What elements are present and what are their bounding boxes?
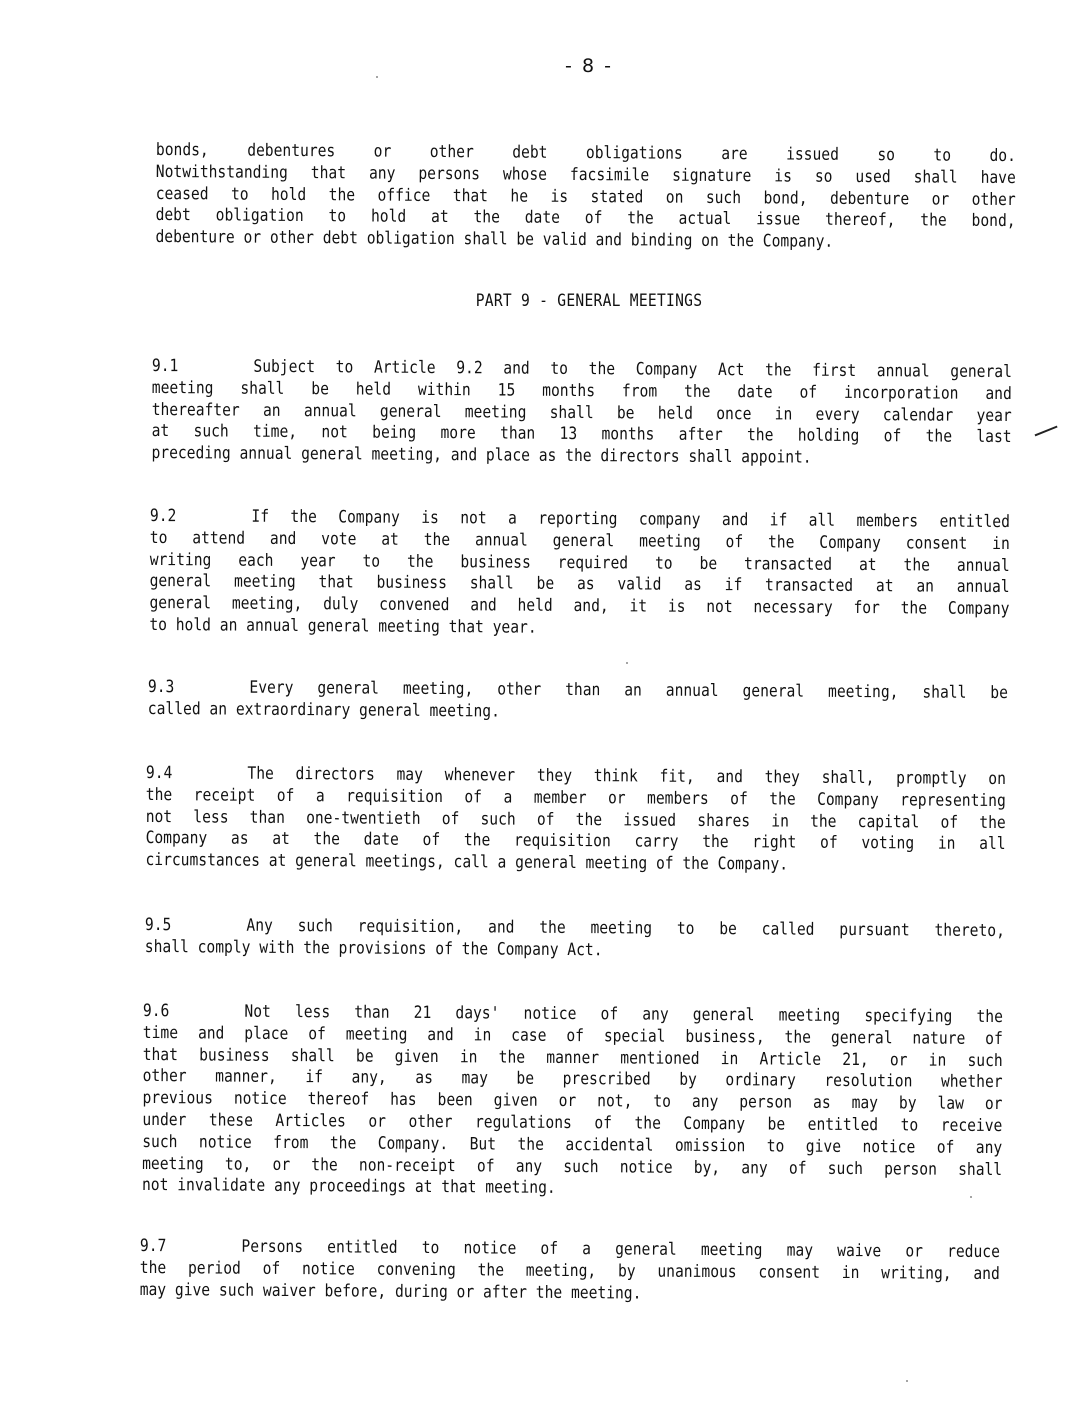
article-number: 9.4 [146, 763, 248, 786]
article-9-3: 9.3Every general meeting, other than an … [148, 677, 1008, 727]
article-number: 9.6 [143, 1001, 245, 1024]
scan-speck [376, 76, 378, 78]
article-9-4: 9.4The directors may whenever they think… [145, 763, 1006, 878]
article-number: 9.2 [150, 506, 252, 529]
line-text: Not less than 21 days' notice of any gen… [244, 1002, 1003, 1027]
line-text: Any such requisition, and the meeting to… [246, 916, 1005, 941]
line-text: If the Company is not a reporting compan… [251, 507, 1010, 532]
scan-speck [970, 1196, 972, 1198]
article-9-6: 9.6Not less than 21 days' notice of any … [142, 1001, 1003, 1203]
article-9-5: 9.5Any such requisition, and the meeting… [145, 915, 1005, 965]
article-9-1: 9.1Subject to Article 9.2 and to the Com… [151, 356, 1012, 471]
line-text: Every general meeting, other than an ann… [249, 678, 1008, 703]
line-text: Subject to Article 9.2 and to the Compan… [253, 357, 1012, 382]
scan-speck [906, 1380, 908, 1382]
article-number: 9.1 [152, 356, 254, 379]
margin-check-mark [1035, 426, 1058, 436]
article-number: 9.5 [145, 915, 247, 938]
article-9-2: 9.2If the Company is not a reporting com… [149, 506, 1010, 643]
article-9-7: 9.7Persons entitled to notice of a gener… [140, 1236, 1000, 1307]
section-heading: PART 9 - GENERAL MEETINGS [82, 291, 1078, 311]
intro-paragraph: bonds, debentures or other debt obligati… [155, 140, 1016, 255]
line-text: Persons entitled to notice of a general … [241, 1237, 1000, 1262]
article-number: 9.3 [148, 677, 250, 700]
line-text: The directors may whenever they think fi… [247, 764, 1006, 789]
scan-speck [626, 662, 628, 664]
article-number: 9.7 [140, 1236, 242, 1259]
page-number: - 8 - [0, 55, 1078, 77]
